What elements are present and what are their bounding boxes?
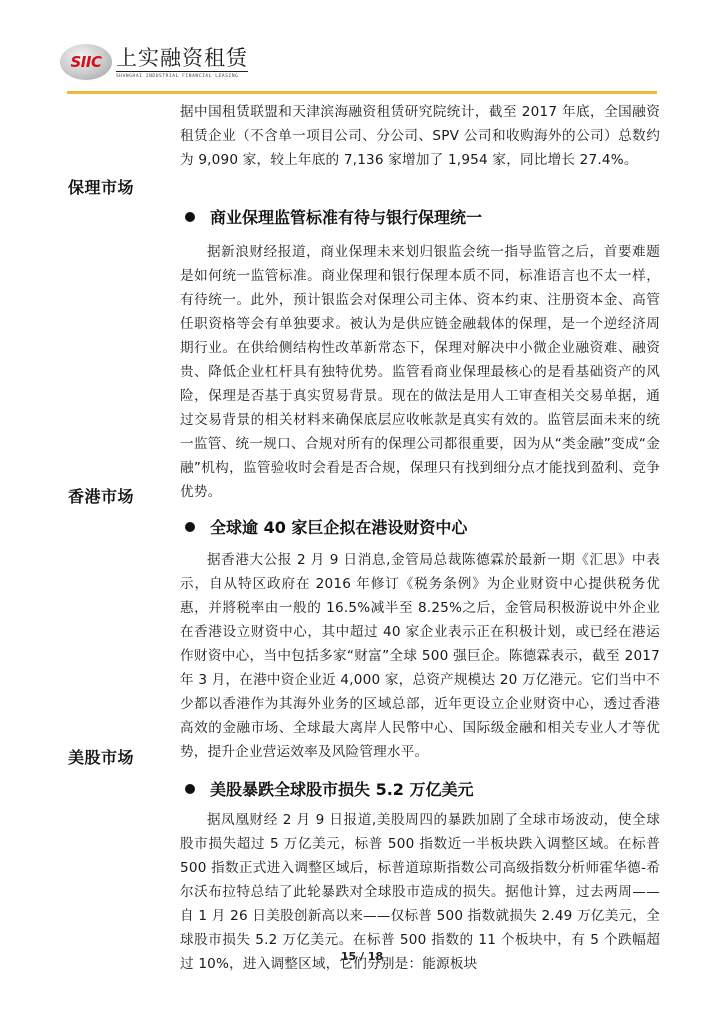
bullet-heading-hongkong: 全球逾 40 家巨企拟在港设财资中心 — [185, 515, 467, 538]
bullet-heading-text: 全球逾 40 家巨企拟在港设财资中心 — [210, 515, 467, 538]
section-title-hongkong: 香港市场 — [68, 484, 134, 507]
page-number: 15 / 18 — [0, 950, 724, 963]
company-name-en: SHANGHAI INDUSTRIAL FINANCIAL LEASING — [116, 74, 248, 79]
siic-logo-icon: SIIC — [60, 44, 112, 80]
section-title-us-stocks: 美股市场 — [68, 745, 134, 768]
bullet-icon — [185, 522, 195, 532]
header-divider — [67, 91, 657, 94]
bullet-heading-factoring: 商业保理监管标准有待与银行保理统一 — [185, 205, 482, 228]
section-title-factoring: 保理市场 — [68, 175, 134, 198]
intro-paragraph: 据中国租赁联盟和天津滨海融资租赁研究院统计，截至 2017 年底，全国融资租赁企… — [180, 100, 660, 172]
section-body-factoring: 据新浪财经报道，商业保理未来划归银监会统一指导监管之后，首要难题是如何统一监管标… — [180, 240, 660, 504]
company-name-cn: 上实融资租赁 — [116, 46, 248, 72]
bullet-heading-text: 商业保理监管标准有待与银行保理统一 — [210, 205, 482, 228]
bullet-icon — [185, 212, 195, 222]
bullet-heading-us-stocks: 美股暴跌全球股市损失 5.2 万亿美元 — [185, 777, 474, 800]
logo-text: 上实融资租赁 SHANGHAI INDUSTRIAL FINANCIAL LEA… — [116, 46, 248, 79]
logo-mark-text: SIIC — [62, 55, 110, 70]
bullet-icon — [185, 784, 195, 794]
section-body-hongkong: 据香港大公报 2 月 9 日消息,金管局总裁陈德霖於最新一期《汇思》中表示，自从… — [180, 548, 660, 764]
document-header: SIIC 上实融资租赁 SHANGHAI INDUSTRIAL FINANCIA… — [60, 42, 248, 82]
bullet-heading-text: 美股暴跌全球股市损失 5.2 万亿美元 — [210, 777, 474, 800]
